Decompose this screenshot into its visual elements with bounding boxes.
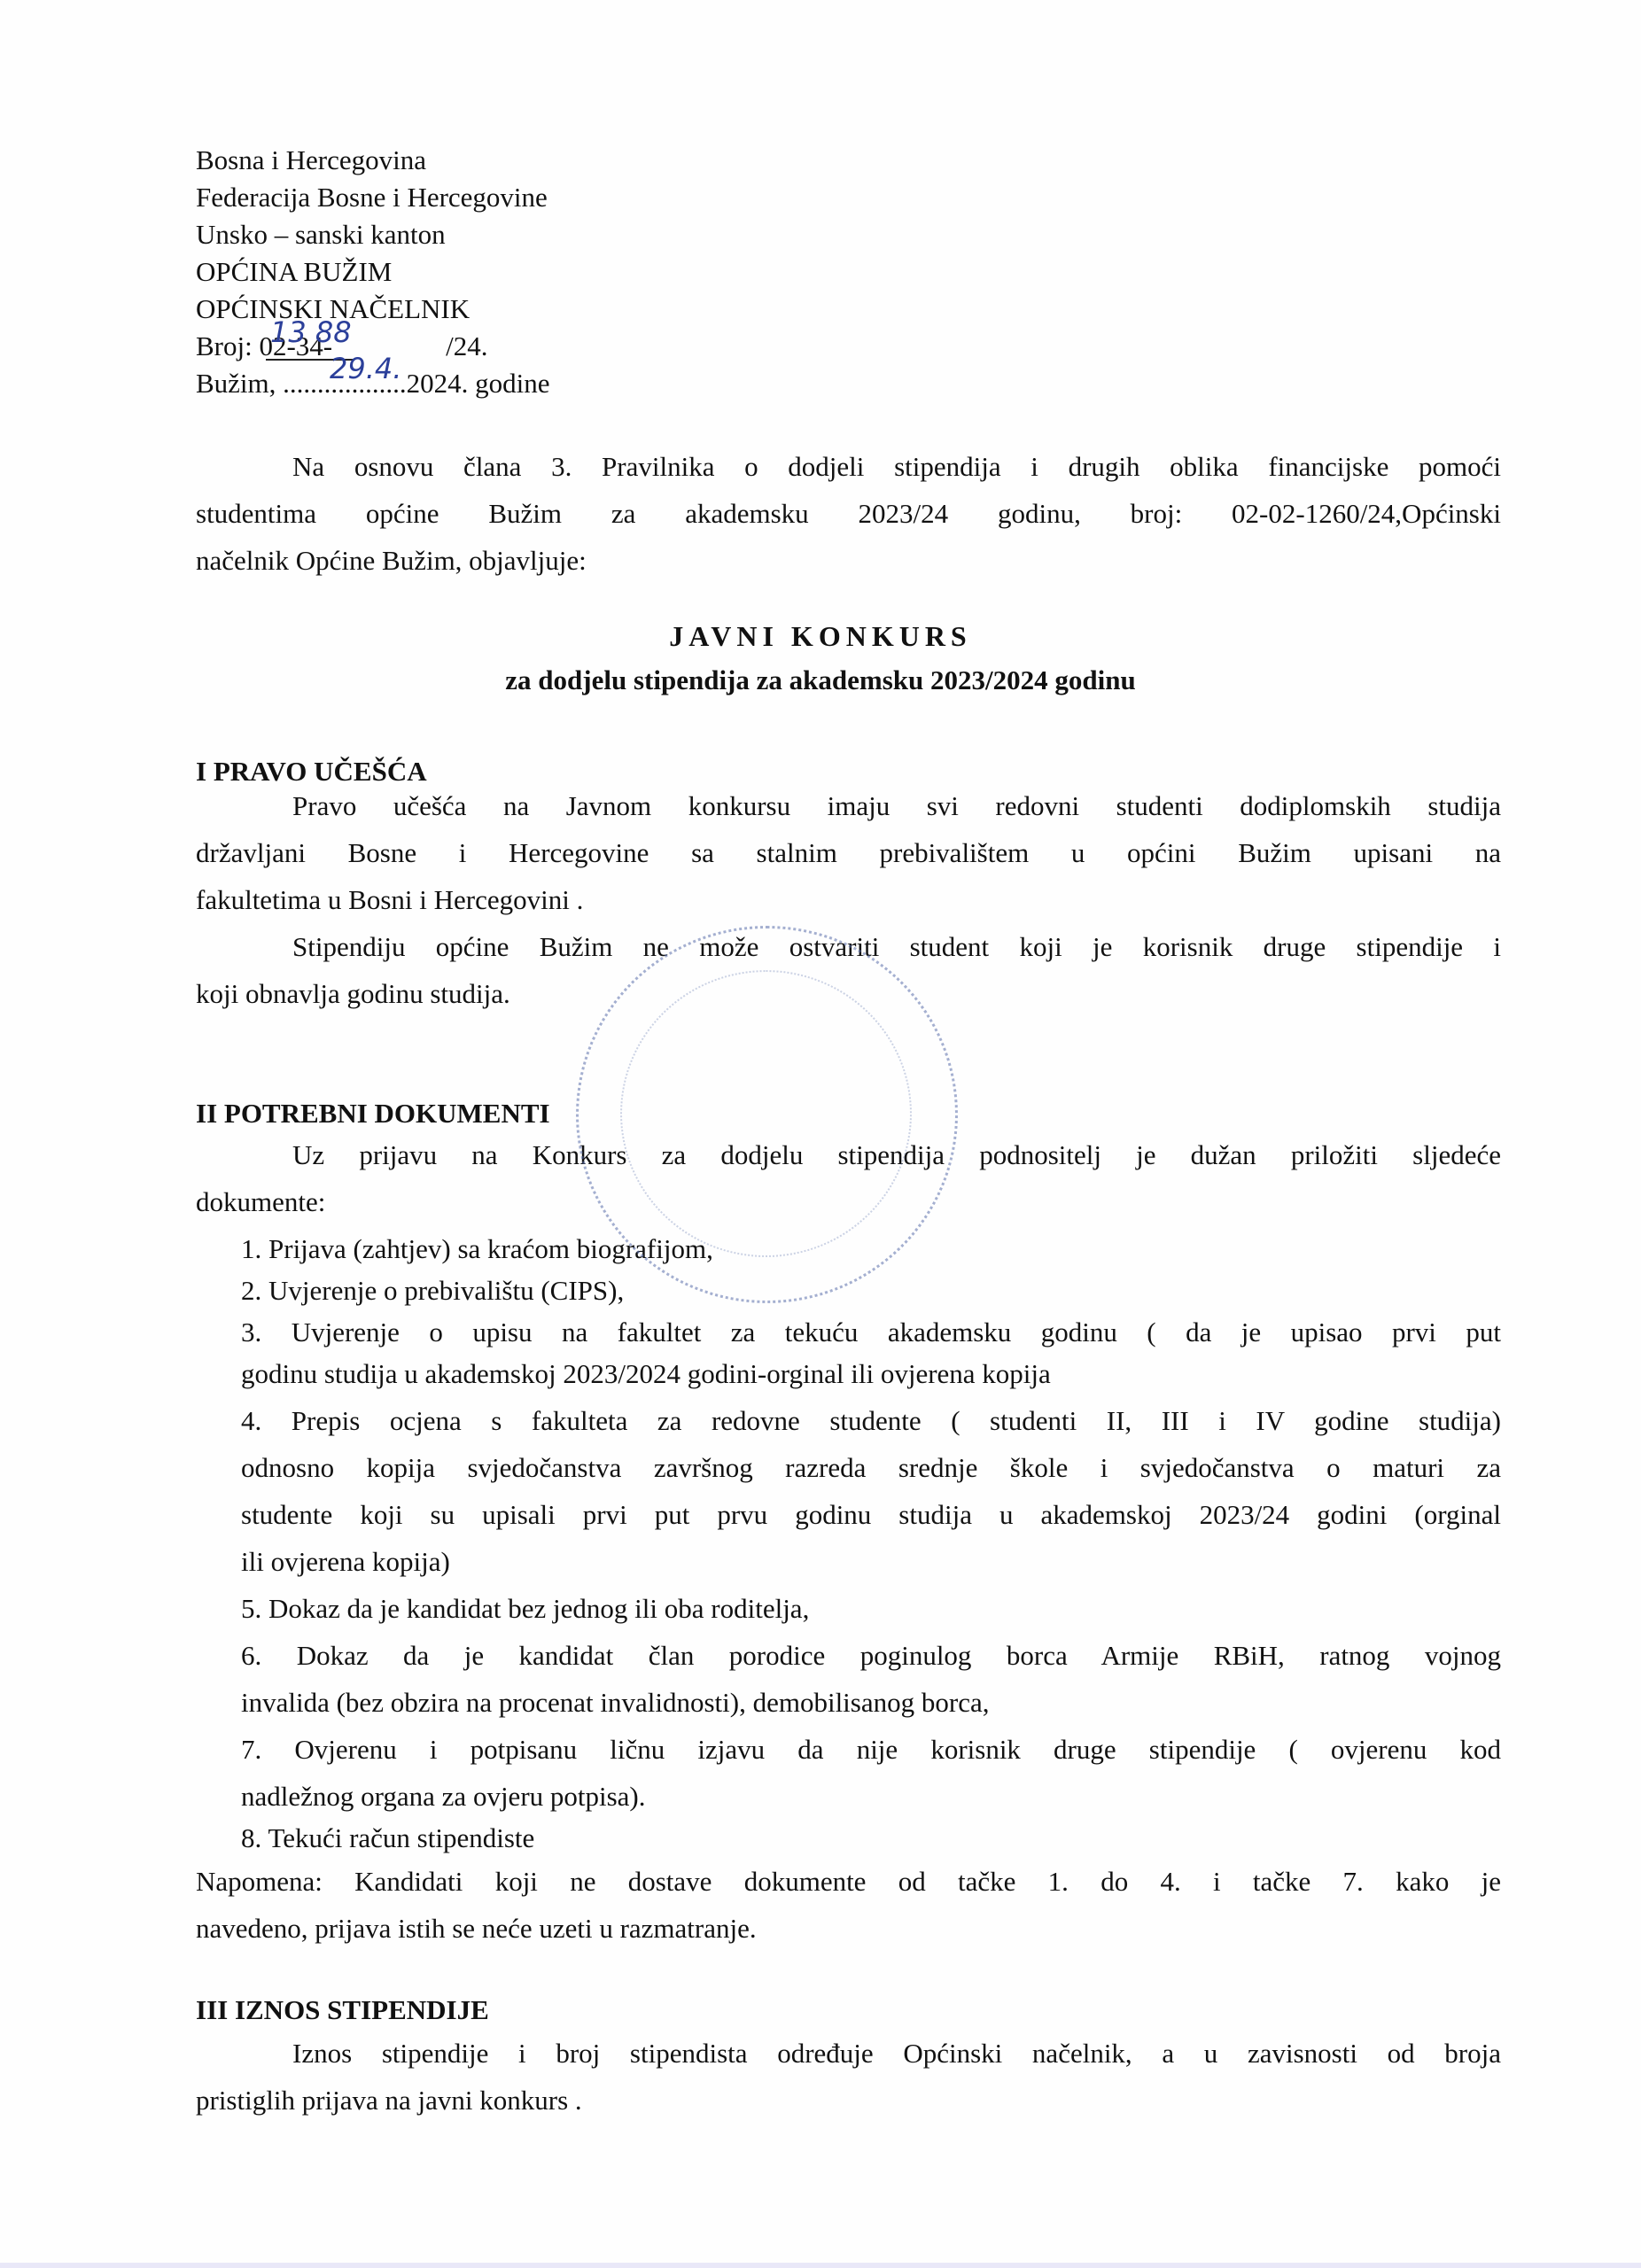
section-2-heading: II POTREBNI DOKUMENTI bbox=[196, 1096, 550, 1131]
reference-suffix: /24. bbox=[446, 330, 487, 361]
note-line-2: navedeno, prijava istih se neće uzeti u … bbox=[196, 1911, 757, 1946]
list-item-8: 8. Tekući račun stipendiste bbox=[241, 1821, 534, 1856]
header-country: Bosna i Hercegovina bbox=[196, 143, 426, 178]
list-item-4-line-1: 4. Prepis ocjena s fakulteta za redovne … bbox=[241, 1403, 1501, 1439]
document-title: JAVNI KONKURS bbox=[0, 620, 1641, 653]
official-seal-inner-ring-icon bbox=[620, 970, 912, 1257]
list-item-7-line-1: 7. Ovjerenu i potpisanu ličnu izjavu da … bbox=[241, 1732, 1501, 1767]
section-3-line-2: pristiglih prijava na javni konkurs . bbox=[196, 2083, 582, 2118]
header-municipality: OPĆINA BUŽIM bbox=[196, 254, 392, 290]
section-2-line-2: dokumente: bbox=[196, 1184, 325, 1220]
intro-line-2: studentima općine Bužim za akademsku 202… bbox=[196, 496, 1501, 532]
handwritten-date: 29.4. bbox=[330, 352, 401, 385]
list-item-3-line-1: 3. Uvjerenje o upisu na fakultet za teku… bbox=[241, 1315, 1501, 1350]
list-item-5: 5. Dokaz da je kandidat bez jednog ili o… bbox=[241, 1591, 809, 1627]
section-3-line-1: Iznos stipendije i broj stipendista odre… bbox=[292, 2036, 1501, 2071]
date-suffix: 2024. godine bbox=[407, 368, 550, 399]
list-item-7-line-2: nadležnog organa za ovjeru potpisa). bbox=[241, 1779, 646, 1814]
scan-edge-strip bbox=[0, 2263, 1641, 2268]
list-item-6-line-2: invalida (bez obzira na procenat invalid… bbox=[241, 1685, 989, 1720]
section-1-line-4: Stipendiju općine Bužim ne može ostvarit… bbox=[292, 929, 1501, 965]
note-line-1: Napomena: Kandidati koji ne dostave doku… bbox=[196, 1864, 1501, 1899]
handwritten-reference-number: 13 88 bbox=[270, 315, 352, 349]
header-canton: Unsko – sanski kanton bbox=[196, 217, 446, 252]
date-prefix: Bužim, bbox=[196, 368, 283, 399]
section-1-line-1: Pravo učešća na Javnom konkursu imaju sv… bbox=[292, 788, 1501, 824]
section-1-line-3: fakultetima u Bosni i Hercegovini . bbox=[196, 882, 583, 918]
list-item-4-line-4: ili ovjerena kopija) bbox=[241, 1544, 450, 1580]
list-item-2: 2. Uvjerenje o prebivalištu (CIPS), bbox=[241, 1273, 624, 1309]
list-item-4-line-3: studente koji su upisali prvi put prvu g… bbox=[241, 1497, 1501, 1533]
list-item-4-line-2: odnosno kopija svjedočanstva završnog ra… bbox=[241, 1450, 1501, 1486]
section-1-line-5: koji obnavlja godinu studija. bbox=[196, 976, 510, 1012]
section-1-line-2: državljani Bosne i Hercegovine sa stalni… bbox=[196, 835, 1501, 871]
section-3-heading: III IZNOS STIPENDIJE bbox=[196, 1992, 489, 2028]
header-federation: Federacija Bosne i Hercegovine bbox=[196, 180, 548, 215]
list-item-6-line-1: 6. Dokaz da je kandidat član porodice po… bbox=[241, 1638, 1501, 1674]
document-page: Bosna i Hercegovina Federacija Bosne i H… bbox=[0, 0, 1641, 2268]
document-subtitle: za dodjelu stipendija za akademsku 2023/… bbox=[0, 664, 1641, 696]
section-1-heading: I PRAVO UČEŠĆA bbox=[196, 754, 427, 789]
list-item-3-line-2: godinu studija u akademskoj 2023/2024 go… bbox=[241, 1356, 1051, 1392]
intro-line-3: načelnik Općine Bužim, objavljuje: bbox=[196, 543, 587, 579]
intro-line-1: Na osnovu člana 3. Pravilnika o dodjeli … bbox=[292, 449, 1501, 485]
